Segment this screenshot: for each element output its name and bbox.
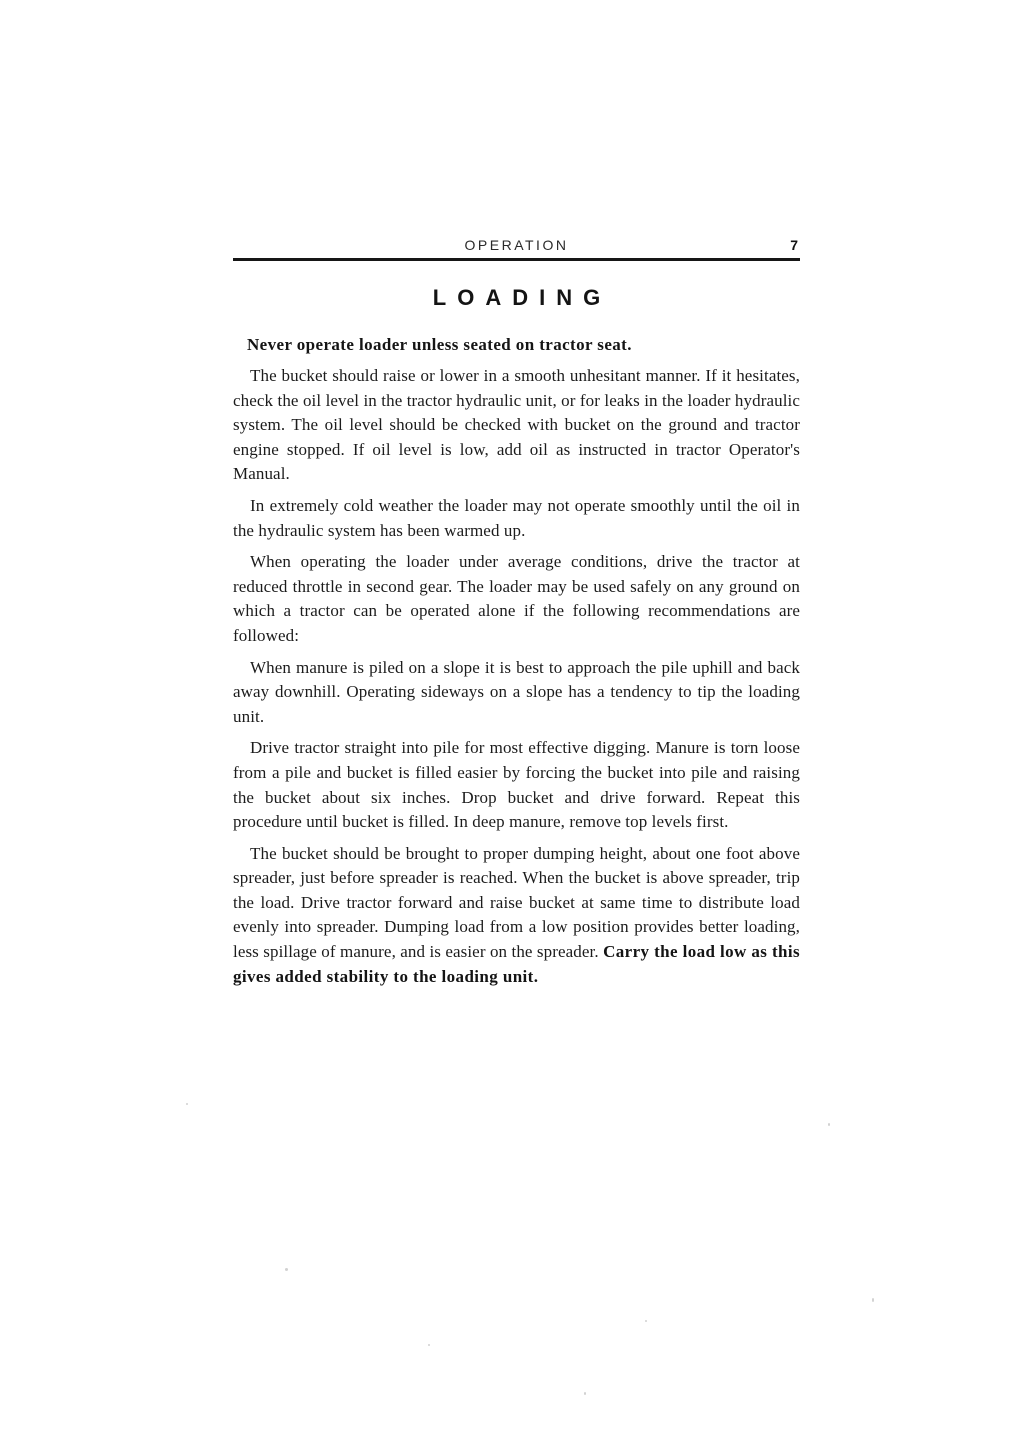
paragraph-text: The bucket should raise or lower in a sm… bbox=[233, 366, 800, 483]
body-paragraph: The bucket should raise or lower in a sm… bbox=[233, 364, 800, 487]
scan-speck bbox=[748, 743, 750, 745]
header-rule bbox=[233, 258, 800, 261]
scan-speck bbox=[285, 1268, 288, 1271]
paragraph-text: When operating the loader under average … bbox=[233, 552, 800, 645]
page-title: LOADING bbox=[233, 285, 800, 311]
scan-speck bbox=[186, 1103, 188, 1105]
text-column: OPERATION 7 LOADING Never operate loader… bbox=[233, 236, 800, 989]
body-paragraph: Drive tractor straight into pile for mos… bbox=[233, 736, 800, 834]
scan-speck bbox=[872, 1298, 874, 1302]
body-paragraph: When operating the loader under average … bbox=[233, 550, 800, 648]
running-header: OPERATION 7 bbox=[233, 236, 800, 254]
scan-speck bbox=[584, 1392, 586, 1395]
section-title: OPERATION bbox=[233, 236, 800, 254]
scan-speck bbox=[828, 1123, 830, 1126]
page-number: 7 bbox=[790, 236, 798, 254]
lead-sentence: Never operate loader unless seated on tr… bbox=[233, 333, 800, 357]
paragraph-text: Drive tractor straight into pile for mos… bbox=[233, 738, 800, 831]
body-paragraph: In extremely cold weather the loader may… bbox=[233, 494, 800, 543]
paragraph-text: In extremely cold weather the loader may… bbox=[233, 496, 800, 540]
manual-page: OPERATION 7 LOADING Never operate loader… bbox=[0, 0, 1024, 1449]
scan-speck bbox=[428, 1344, 430, 1346]
body-paragraph: When manure is piled on a slope it is be… bbox=[233, 656, 800, 730]
paragraph-text: When manure is piled on a slope it is be… bbox=[233, 658, 800, 726]
body-paragraph: The bucket should be brought to proper d… bbox=[233, 842, 800, 990]
scan-speck bbox=[645, 1320, 647, 1322]
